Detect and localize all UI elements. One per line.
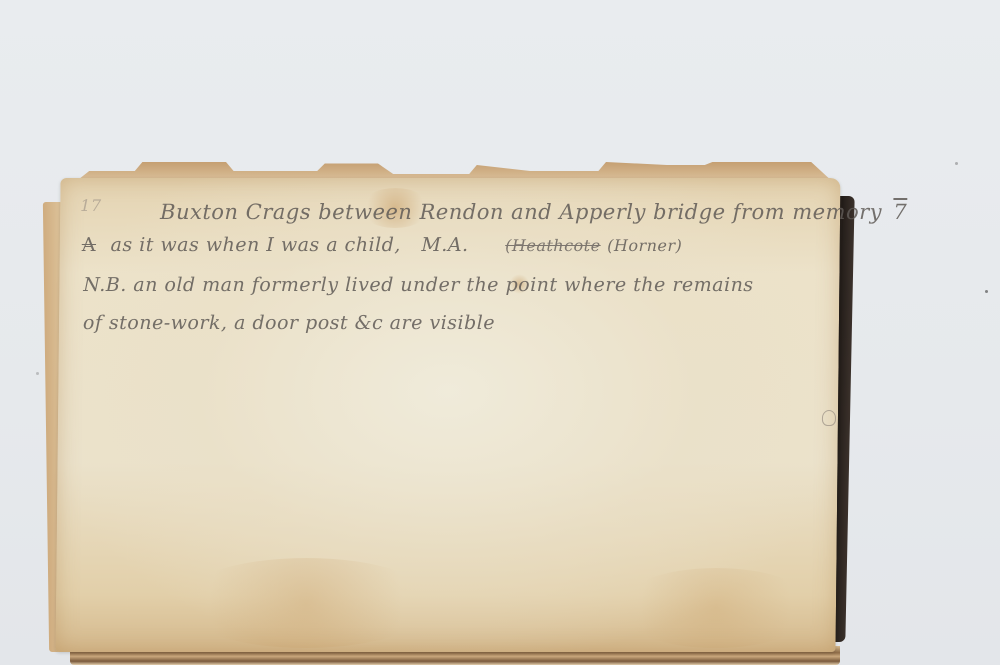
- handwritten-line-3: N.B. an old man formerly lived under the…: [83, 274, 753, 296]
- handwritten-line-4: of stone-work, a door post &c are visibl…: [83, 312, 495, 334]
- water-stain: [616, 568, 817, 648]
- page-number: 17: [80, 196, 102, 215]
- insertion-mark: A: [82, 234, 96, 256]
- author-initials: M.A.: [421, 234, 468, 256]
- end-mark: 7: [893, 200, 907, 224]
- margin-pencil-mark: [822, 410, 836, 426]
- handwritten-line-2: A as it was when I was a child, M.A. (He…: [82, 234, 683, 256]
- dust-speck: [36, 372, 39, 375]
- notebook: 17 Buxton Crags between Rendon and Apper…: [44, 160, 864, 665]
- water-stain: [176, 558, 437, 648]
- notebook-page: 17 Buxton Crags between Rendon and Apper…: [56, 178, 841, 652]
- line-text: Buxton Crags between Rendon and Apperly …: [160, 200, 882, 224]
- dust-speck: [985, 290, 988, 293]
- line-text: as it was when I was a child,: [110, 234, 401, 256]
- handwritten-line-1: Buxton Crags between Rendon and Apperly …: [160, 200, 907, 224]
- dust-speck: [955, 162, 958, 165]
- struck-through-text: (Heathcote: [505, 236, 601, 255]
- correction-text: (Horner): [607, 236, 682, 255]
